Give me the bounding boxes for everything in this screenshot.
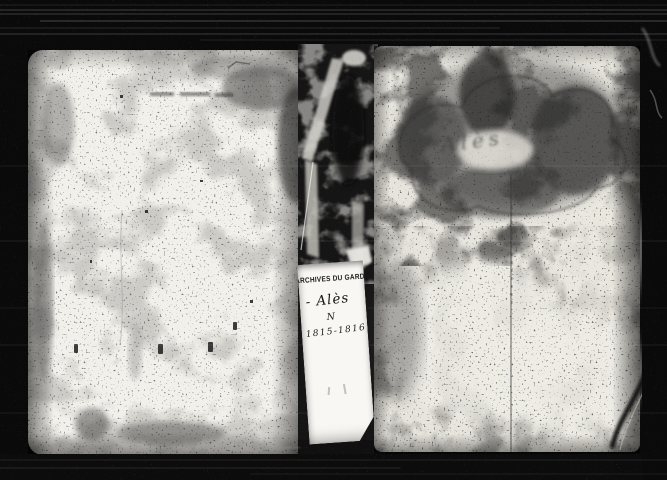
microfilm-scan-frame: Alès ARCHIVES DU GARD - Alès N 1815-1816 (0, 0, 667, 480)
archive-label-town: - Alès (305, 288, 366, 310)
archive-label-years: 1815-1816 (305, 323, 368, 340)
archive-label-heading: ARCHIVES DU GARD (295, 273, 364, 286)
archive-label: ARCHIVES DU GARD - Alès N 1815-1816 (297, 260, 375, 444)
label-faint-marks (327, 383, 354, 399)
archive-label-series: N (326, 309, 367, 323)
